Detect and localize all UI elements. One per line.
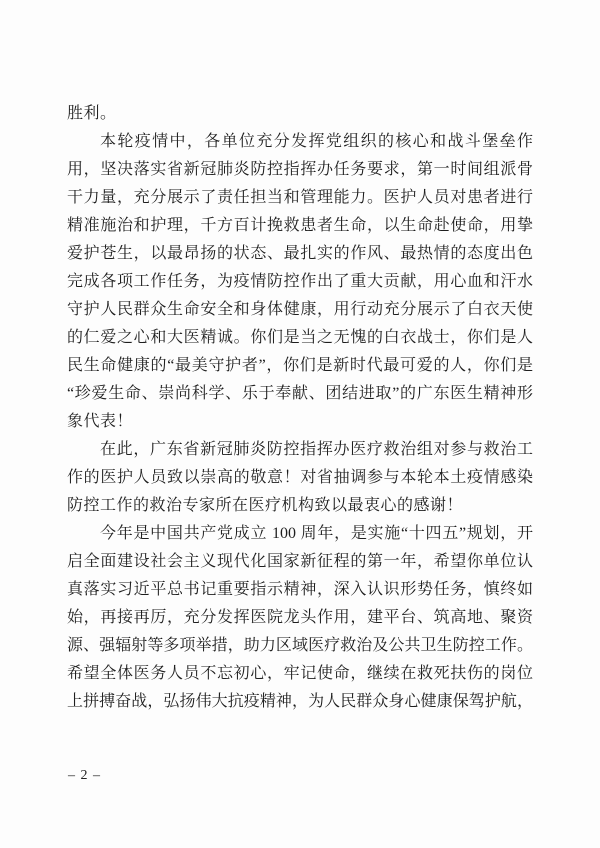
text-line: 防控工作的救治专家所在医疗机构致以最衷心的感谢！ xyxy=(67,492,533,520)
page-footer: – 2 – xyxy=(68,766,101,786)
text-line: 上拼搏奋战，弘扬伟大抗疫精神，为人民群众身心健康保驾护航， xyxy=(67,688,533,716)
text-line: 始，再接再厉，充分发挥医院龙头作用，建平台、筑高地、聚资 xyxy=(67,604,533,632)
document-page: 胜利。本轮疫情中，各单位充分发挥党组织的核心和战斗堡垒作用，坚决落实省新冠肺炎防… xyxy=(0,0,600,848)
text-line: 启全面建设社会主义现代化国家新征程的第一年，希望你单位认 xyxy=(67,548,533,576)
text-line: 本轮疫情中，各单位充分发挥党组织的核心和战斗堡垒作 xyxy=(67,128,533,156)
text-line: 干力量，充分展示了责任担当和管理能力。医护人员对患者进行 xyxy=(67,184,533,212)
text-line: 象代表！ xyxy=(67,408,533,436)
text-line: 胜利。 xyxy=(67,100,533,128)
text-line: 真落实习近平总书记重要指示精神，深入认识形势任务，慎终如 xyxy=(67,576,533,604)
text-line: 的仁爱之心和大医精诚。你们是当之无愧的白衣战士，你们是人 xyxy=(67,324,533,352)
text-line: 守护人民群众生命安全和身体健康，用行动充分展示了白衣天使 xyxy=(67,296,533,324)
text-line: 精准施治和护理，千方百计挽救患者生命，以生命赴使命，用挚 xyxy=(67,212,533,240)
text-line: 希望全体医务人员不忘初心，牢记使命，继续在救死扶伤的岗位 xyxy=(67,660,533,688)
text-line: 民生命健康的“最美守护者”，你们是新时代最可爱的人，你们是 xyxy=(67,352,533,380)
text-line: 用，坚决落实省新冠肺炎防控指挥办任务要求，第一时间组派骨 xyxy=(67,156,533,184)
text-line: 今年是中国共产党成立 100 周年，是实施“十四五”规划，开 xyxy=(67,520,533,548)
text-line: 爱护苍生，以最昂扬的状态、最扎实的作风、最热情的态度出色 xyxy=(67,240,533,268)
text-line: 在此，广东省新冠肺炎防控指挥办医疗救治组对参与救治工 xyxy=(67,436,533,464)
text-line: 作的医护人员致以崇高的敬意！对省抽调参与本轮本土疫情感染 xyxy=(67,464,533,492)
page-number: – 2 – xyxy=(68,768,101,783)
text-line: 完成各项工作任务，为疫情防控作出了重大贡献，用心血和汗水 xyxy=(67,268,533,296)
text-line: “珍爱生命、崇尚科学、乐于奉献、团结进取”的广东医生精神形 xyxy=(67,380,533,408)
text-line: 源、强辐射等多项举措，助力区域医疗救治及公共卫生防控工作。 xyxy=(67,632,533,660)
letter-body: 胜利。本轮疫情中，各单位充分发挥党组织的核心和战斗堡垒作用，坚决落实省新冠肺炎防… xyxy=(67,100,533,716)
